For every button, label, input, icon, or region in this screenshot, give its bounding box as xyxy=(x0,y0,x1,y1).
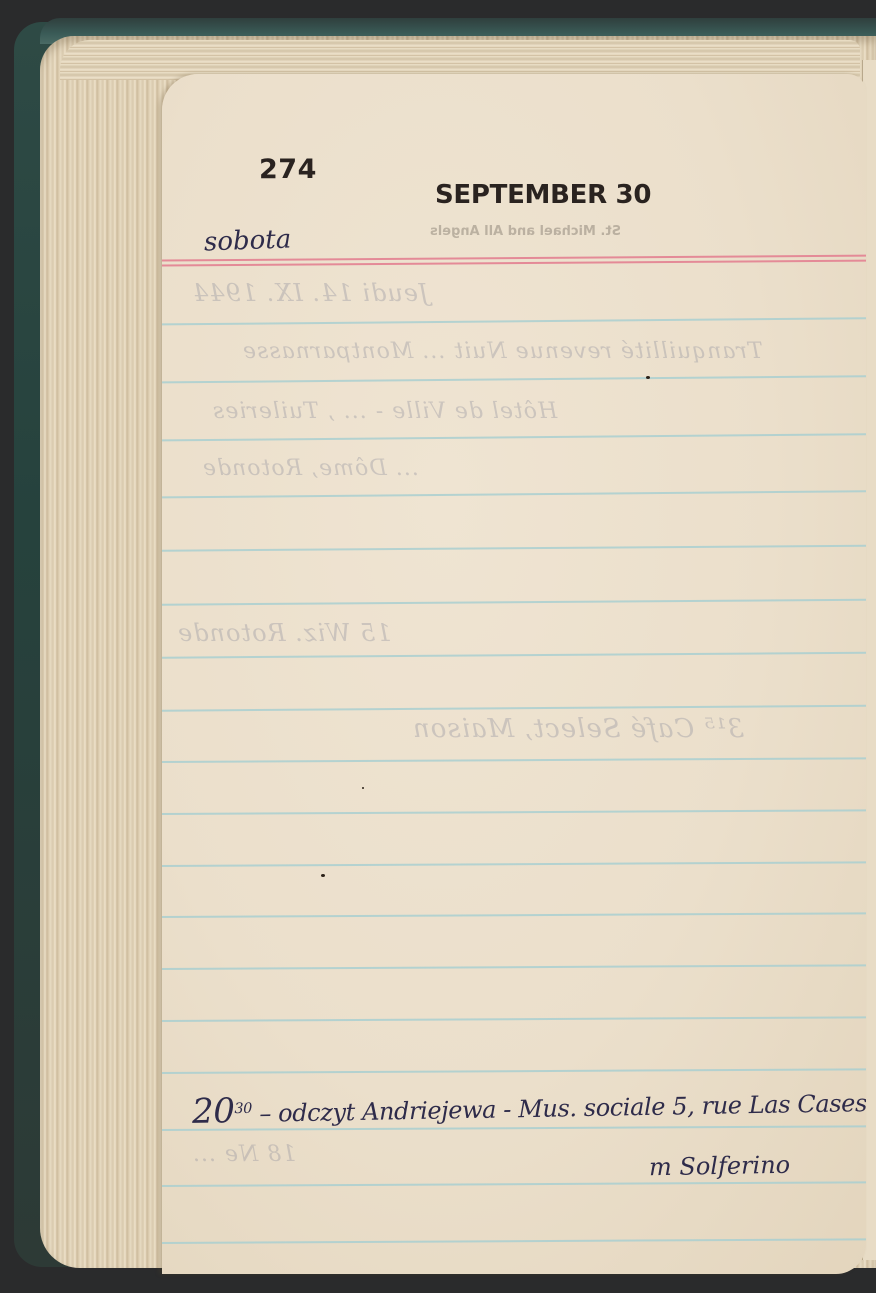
saint-day-bleedthrough: St. Michael and All Angels xyxy=(430,224,621,239)
bleedthrough-line: Jeudi 14. IX. 1944 xyxy=(192,279,429,307)
bleedthrough-line: Tranquillité revenue Nuit ... Montparnas… xyxy=(242,339,763,364)
ruled-line xyxy=(162,809,866,815)
paper-speck xyxy=(646,376,650,379)
ruled-line xyxy=(162,651,866,658)
ruled-line xyxy=(162,433,866,442)
ruled-line xyxy=(162,1068,866,1074)
diary-page: 274 SEPTEMBER 30 St. Michael and All Ang… xyxy=(162,74,866,1274)
date-heading: SEPTEMBER 30 xyxy=(435,180,651,210)
ruled-line xyxy=(162,704,866,711)
ruled-line xyxy=(162,544,866,551)
ruled-line xyxy=(162,598,866,605)
bleedthrough-line: ... Dôme, Rotonde xyxy=(202,456,419,481)
bleedthrough-line: 18 Ne ... xyxy=(192,1142,296,1167)
paper-speck xyxy=(321,874,325,877)
ruled-line xyxy=(162,1238,866,1244)
ruled-line xyxy=(162,1181,866,1187)
entry-time: 20 xyxy=(192,1091,235,1132)
ruled-line xyxy=(162,861,866,867)
entry-time-minutes: 30 xyxy=(234,1101,252,1117)
ruled-line xyxy=(162,964,866,970)
entry-line: 2030 – odczyt Andriejewa - Mus. sociale … xyxy=(192,1080,866,1132)
ruled-line xyxy=(162,757,866,763)
entry-text: – odczyt Andriejewa - Mus. sociale 5, ru… xyxy=(259,1089,866,1128)
ruled-line xyxy=(162,317,866,326)
ruled-line xyxy=(162,912,866,918)
bleedthrough-line: Hôtel de Ville - ... , Tuileries xyxy=(212,399,557,424)
paper-speck xyxy=(362,787,364,789)
bleedthrough-line: 3¹⁵ Café Select, Maison xyxy=(412,714,744,744)
ruled-line xyxy=(162,375,866,384)
header-note-handwritten: sobota xyxy=(204,224,292,257)
entry-continuation: m Solferino xyxy=(649,1151,791,1181)
ruled-line xyxy=(162,490,866,499)
ruled-line xyxy=(162,1016,866,1022)
bleedthrough-line: 15 Wiz. Rotonde xyxy=(177,619,392,647)
page-number: 274 xyxy=(259,154,317,185)
